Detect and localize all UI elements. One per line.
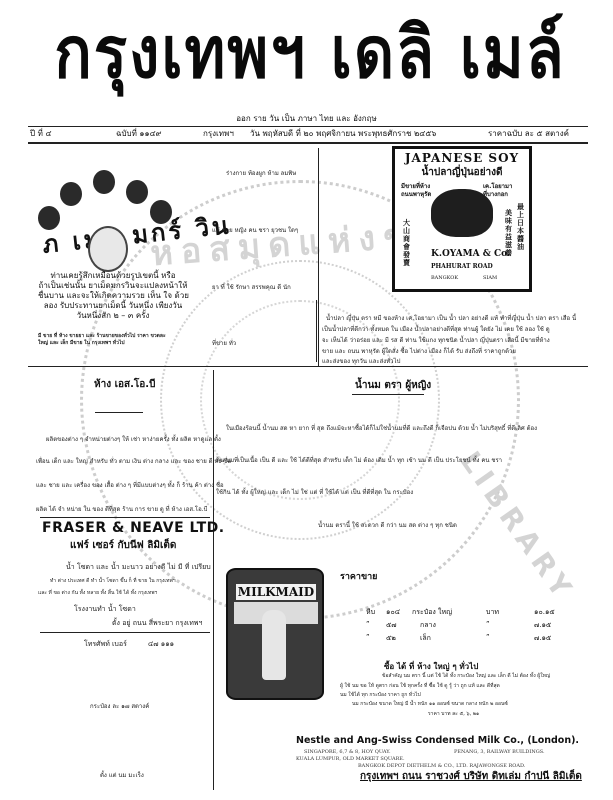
section-divider-horizontal — [28, 366, 588, 367]
fraser-phone-label: โทรศัพท์ เบอร์ — [84, 640, 127, 648]
japanese-soy-ad: JAPANESE SOY น้ำปลาญี่ปุ่นอย่างดี มีขายท… — [392, 146, 532, 292]
caricature-fine-print-1: มี ขาย ที่ ห้าง ขายยา และ ร้านขายของทั่ว… — [38, 333, 166, 340]
sob-line: ผลิต ได้ จำ หน่าย ใน ของ ดีที่สุด ร้าน ก… — [36, 506, 207, 514]
bald-head-illustration — [88, 226, 128, 272]
milk-heading-underline — [352, 394, 424, 395]
price-row: หีบ ๑๐๔ กระป๋อง ใหญ่ บาท ๑๐.๑๕ — [366, 607, 566, 620]
column-divider-top — [318, 148, 319, 366]
soy-ad-thai-title: น้ำปลาญี่ปุ่นอย่างดี — [395, 165, 529, 180]
soy-ad-cjk-text: 最上日本醬油 — [517, 203, 525, 251]
soy-ad-company: K.OYAMA & Co. — [431, 249, 510, 259]
soy-article-line: เป็นน้ำปลาที่ดีกว่า ทั้งหมด ใน เมือง น้ำ… — [322, 326, 550, 334]
ad-line: ถ้าเป็นเช่นนั้น ยาเม็ดมกรวินจะแปลงหน้าให… — [38, 281, 188, 291]
soy-text-left-rule — [316, 300, 317, 362]
column-divider-bottom — [213, 370, 214, 790]
center-note-line: ยา ที่ ใช้ รักษา สรรพคุณ ดี นัก — [212, 284, 291, 292]
soy-ad-cjk-text: 大山商會發賣 — [403, 219, 411, 267]
soy-ad-line: ถนนพาหุรัด — [401, 189, 431, 199]
issue-info-bar: ปี ที่ ๔ ฉบับที่ ๑๑๔๙ กรุงเทพฯ วัน พฤหัส… — [28, 127, 588, 141]
milkmaid-figure-icon — [262, 610, 286, 680]
fraser-line: และ ที่ ขอ ต่าง กัน ทั้ง หลาย ทั้ง สิ้น … — [38, 590, 157, 597]
milk-article-line: น้ำนม ตรานี้ ใช้ สะดวก ดี กว่า นม สด ต่า… — [318, 522, 457, 530]
ad-line: ชื่นบาน และจะให้เกิดความรวย เห็น ใจ ด้วย — [38, 291, 188, 301]
soy-ad-city-left: BANGKOK — [431, 275, 458, 281]
soy-article-line: ขาย และ ถนน พาหุรัด ผู้ใดสั่ง ซื้อ ไปต่า… — [322, 348, 516, 356]
fraser-line: ทำ ต่าง ประเทศ ดี ทำ น้ำ โซดา ขึ้น ก็ ที… — [50, 578, 176, 585]
milk-article-line: ใช้กิน ได้ ทั้ง ผู้ใหญ่ และ เด็ก ไม่ ใช่… — [216, 489, 413, 497]
soy-ad-city-right: SIAM — [483, 275, 497, 281]
center-note-line: ร่างกาย ท้องผูก ห้าม ลมพิษ — [226, 170, 296, 178]
issue-number: ฉบับที่ ๑๑๔๙ — [116, 127, 162, 141]
bear-icon — [431, 189, 493, 237]
soy-article-line: น้ำปลา ญี่ปุ่น ตรา หมี ของห้าง เค.โอยามา… — [326, 315, 576, 323]
caricature-ad-copy: ท่านเคยรู้สึกเหมือนด้วยรูปเขตนี้ หรือ ถ้… — [38, 271, 188, 321]
soy-article-line: และส่งของ ทุกวัน และส่งทั่วไป — [322, 358, 400, 366]
sob-heading-underline — [95, 412, 143, 413]
can-label: MILKMAID — [236, 584, 316, 600]
fraser-bottom-rule — [40, 632, 210, 633]
milk-article-heading: น้ำนม ตรา ผู้หญิง — [355, 378, 431, 393]
nestle-thai-footer: กรุงเทพฯ ถนน ราชวงศ์ บริษัท ดิทเล่ม กำปน… — [360, 769, 582, 784]
sob-line: ผลิตของต่าง ๆ จำหน่ายต่างๆ ให้ เช่า หาง่… — [46, 436, 221, 444]
masthead-subtitle: ออก ราย วัน เป็น ภาษา ไทย และ อังกฤษ — [0, 112, 613, 125]
issue-date: วัน พฤหัสบดี ที่ ๒๐ พฤศจิกายน พระพุทธศัก… — [250, 127, 436, 141]
sob-line: และ ชาย และ เครื่อง ของ เสื้อ ต่าง ๆ ที่… — [36, 482, 224, 490]
face-icon — [126, 180, 148, 204]
fraser-neave-title: FRASER & NEAVE LTD. — [42, 520, 225, 536]
sob-line: เพื่อน เด็ก และ ใหญ่ สำหรับ ทั่ว ตาม เงิ… — [36, 458, 231, 466]
milk-article-line: ในเมืองร้อนนี้ น้ำนม สด หา ยาก ที่ สุด ถ… — [226, 425, 537, 433]
city-label: กรุงเทพฯ — [203, 127, 234, 141]
issue-price: ราคาฉบับ ละ ๕ สตางค์ — [488, 127, 569, 141]
fraser-top-rule — [40, 517, 210, 518]
fraser-line: ตั้ง อยู่ ถนน สี่พระยา กรุงเทพฯ — [112, 619, 202, 627]
center-note-line: ที่ขาย ทั่ว — [212, 340, 236, 348]
nestle-address: KUALA LUMPUR, OLD MARKET SQUARE. — [296, 756, 405, 762]
fraser-neave-thai-title: แฟร์ เซอร์ กับนีฟ ลิมิเต็ด — [70, 538, 176, 553]
infobar-bottom-rule — [28, 142, 588, 144]
masthead-title: กรุงเทพฯ เดลิ เมล์ — [30, 1, 590, 105]
milkmaid-note: ผู้ ใช้ นม ขอ ให้ ดูตรา ก่อน ใช้ ทุกครั้… — [340, 683, 500, 690]
nestle-title: Nestle and Ang-Swiss Condensed Milk Co.,… — [296, 735, 579, 746]
fraser-phone-value: ๔๗ ๑๑๑ — [148, 640, 174, 648]
nestle-address: SINGAPORE, 6,7 & 8, HOY QUAY. — [304, 749, 391, 755]
sob-heading: ห้าง เอส.โอ.บี — [94, 377, 155, 392]
soy-article-line: จะ เห็นได้ ว่าอร่อย และ มี รส ดี ท่าน ใช… — [322, 337, 550, 345]
center-note-line: แม้ ชาย หญิง คน ชรา ยุวชน ใดๆ — [212, 227, 298, 235]
milkmaid-can-illustration: MILKMAID — [226, 568, 324, 700]
face-icon — [93, 170, 115, 194]
ad-line: ลอง รับประทานยาเม็ดนี้ วันหนึ่ง เพียงวัน — [38, 301, 188, 311]
soy-ad-road: PHAHURAT ROAD — [431, 263, 493, 270]
ad-line: ท่านเคยรู้สึกเหมือนด้วยรูปเขตนี้ หรือ — [38, 271, 188, 281]
milkmaid-note: นม ใช้ได้ ทุก กระป๋อง ราคา ถูก ทั่วไป — [340, 692, 421, 699]
caricature-fine-print-2: ใหญ่ และ เล็ก มีขาย ใน กรุงเทพฯ ทั่วไป — [38, 340, 125, 347]
milkmaid-note: ข้อสำคัญ นม ตรา นี้ แต่ ใช้ ได้ ทั้ง กระ… — [382, 673, 550, 680]
fraser-line: น้ำ โซดา และ น้ำ มะนาว อย่างดี ไม่ มี ที… — [66, 563, 211, 571]
nestle-address: PENANG, 3, RAILWAY BUILDINGS. — [454, 749, 545, 755]
price-heading: ราคาขาย — [340, 569, 377, 583]
price-row: ” ๕๗ กลาง ” ๗.๑๕ — [366, 620, 566, 633]
fraser-line: โรงงานทำ น้ำ โซดา — [74, 605, 136, 613]
soy-ad-title: JAPANESE SOY — [395, 151, 529, 165]
volume-number: ปี ที่ ๔ — [30, 127, 52, 141]
price-table: หีบ ๑๐๔ กระป๋อง ใหญ่ บาท ๑๐.๑๕ ” ๕๗ กลาง… — [366, 607, 566, 646]
price-row: ” ๕๒ เล็ก ” ๗.๑๕ — [366, 633, 566, 646]
face-icon — [60, 182, 82, 206]
fraser-footer-2: ตั้ง แต่ นม มะเร็ง — [100, 772, 144, 780]
milk-article-line: คน นมที่เป็นเนื้อ เป็น ดี และ ใช้ ได้ดีท… — [216, 457, 502, 465]
fraser-footer-1: กระป๋อง ละ ๑๗ สตางค์ — [90, 703, 149, 711]
milkmaid-subheading: ซื้อ ได้ ที่ ห้าง ใหญ่ ๆ ทั่วไป — [384, 660, 478, 673]
milkmaid-note: นม กระป๋อง ขนาด ใหญ่ มี น้ำ หนัก ๑๑ ออนซ… — [352, 701, 508, 708]
milkmaid-note: ราคา บาท ละ ๕, ๖, ๒๑ — [428, 711, 479, 718]
ad-line: วันหนึ่งสัก ๒ – ๓ ครั้ง — [38, 311, 188, 321]
